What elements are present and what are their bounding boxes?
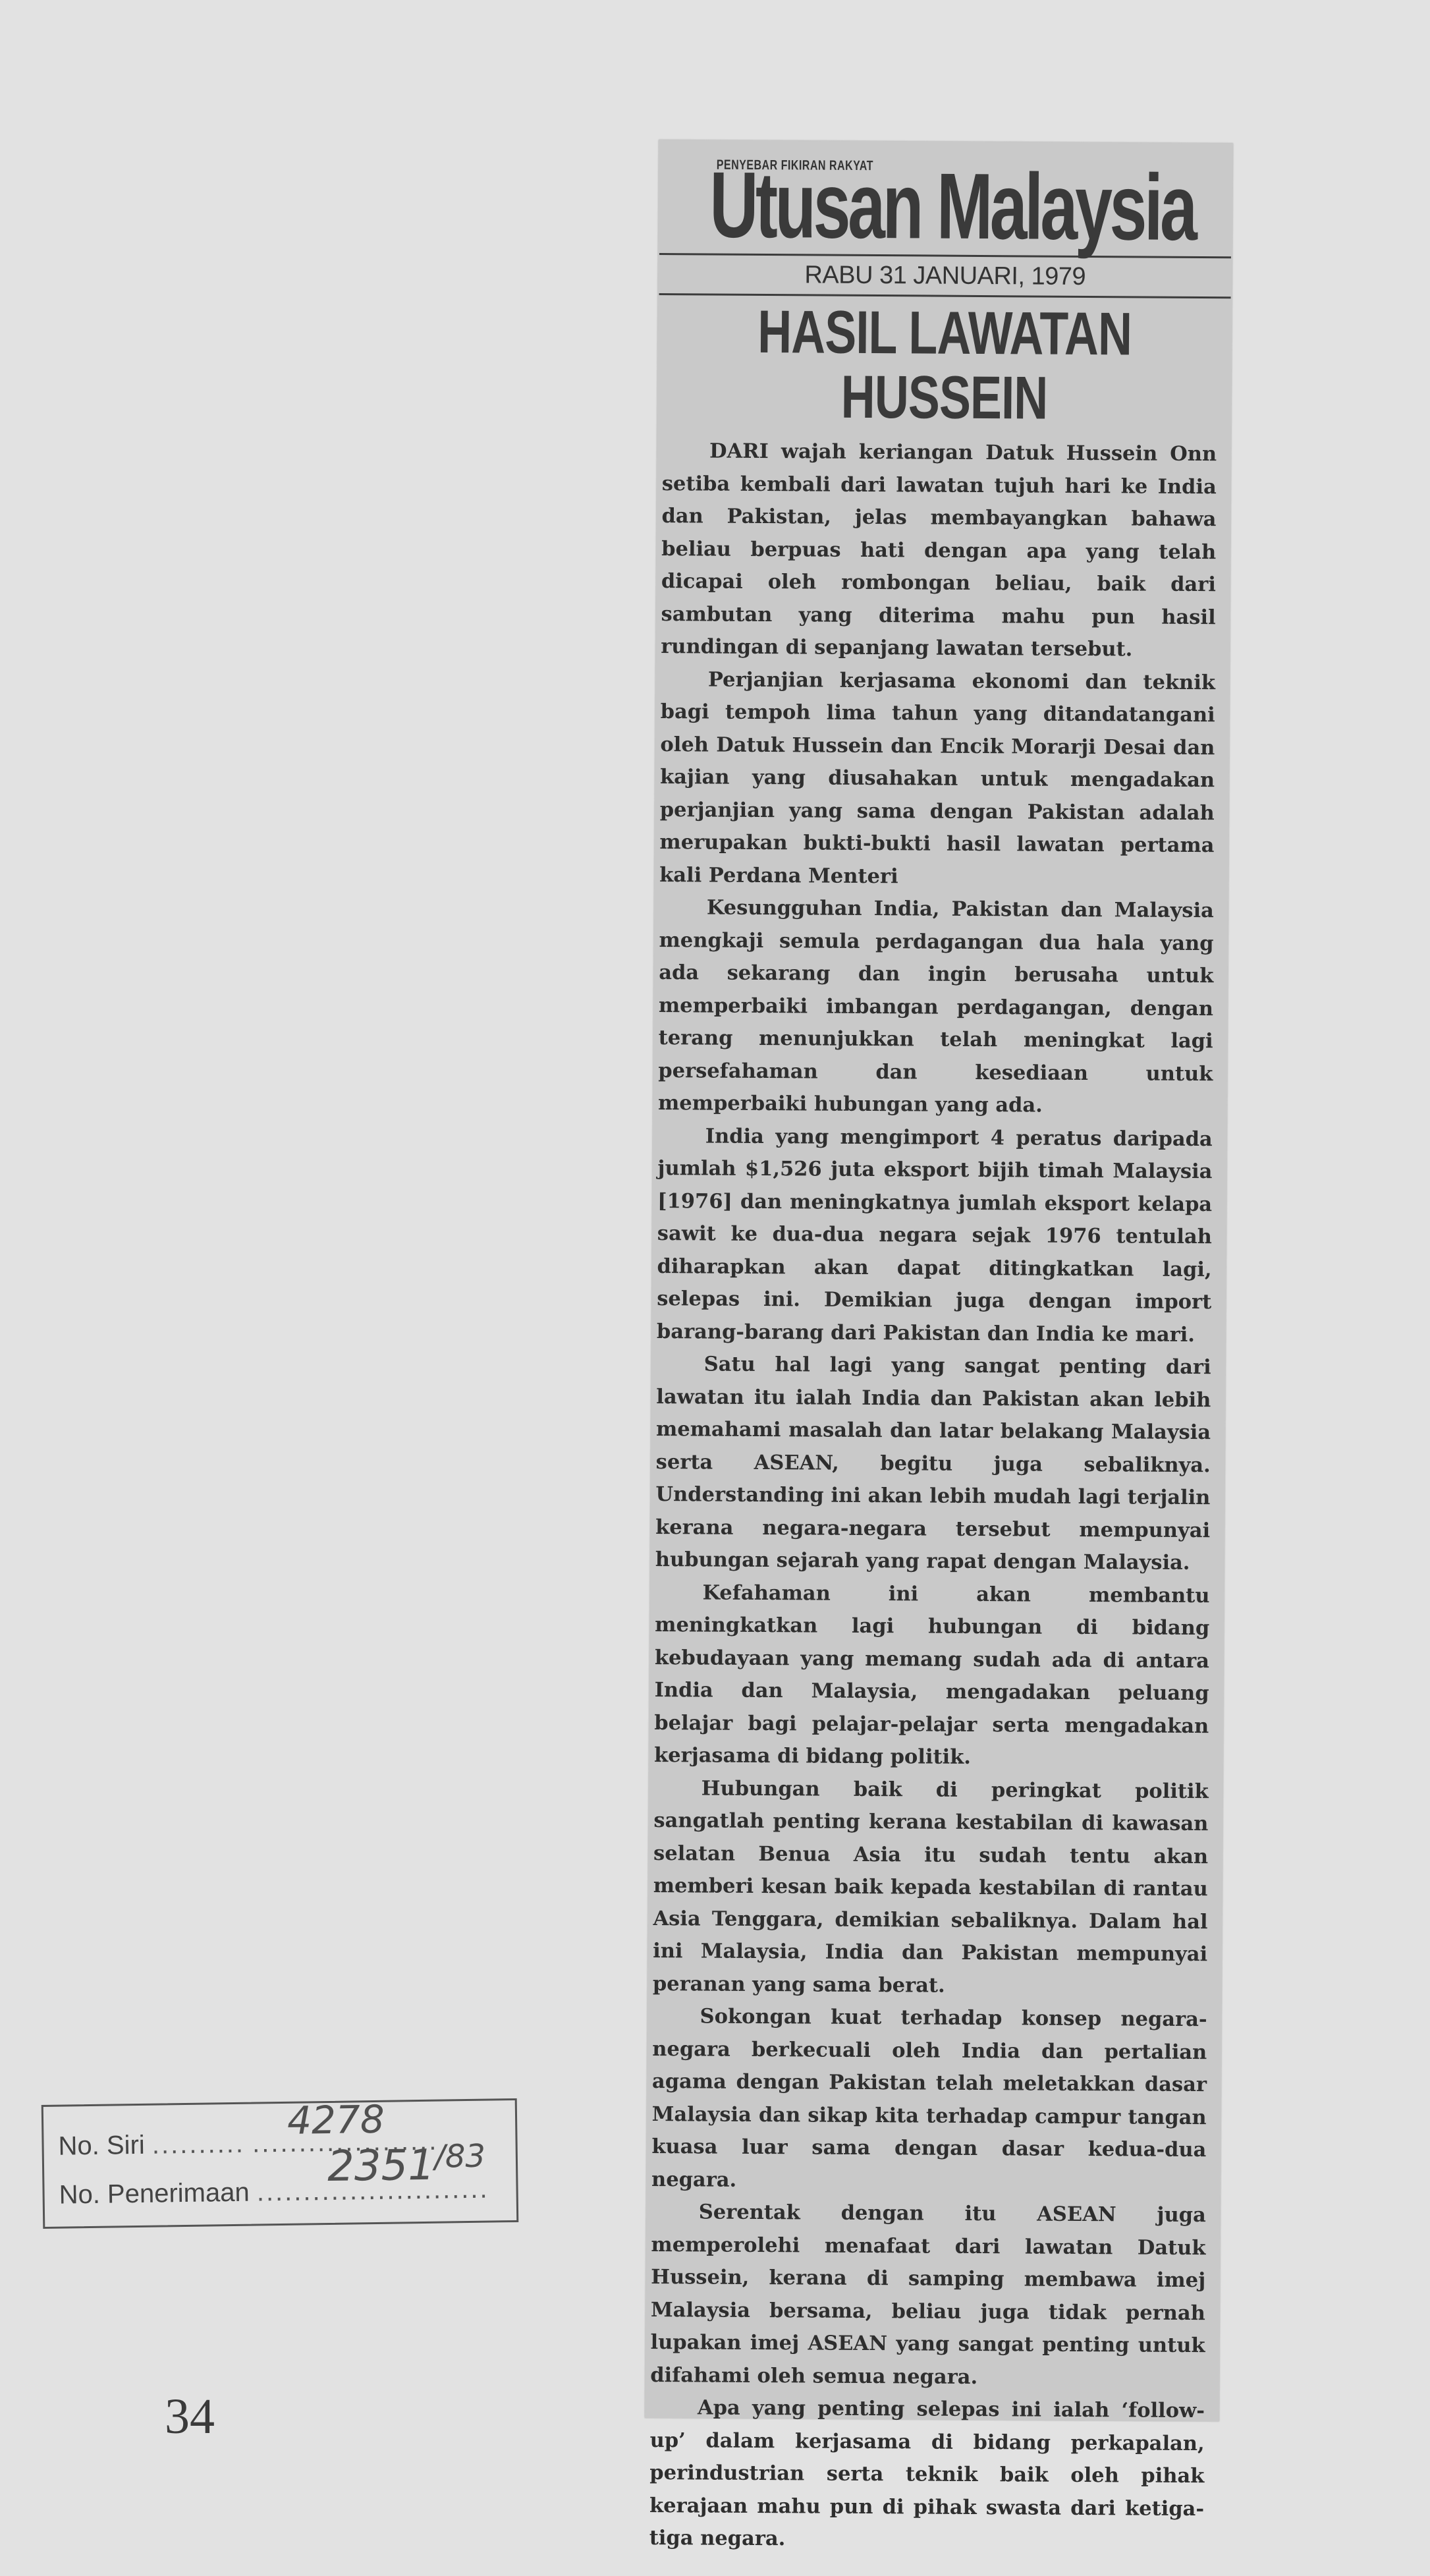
- newspaper-tagline: PENYEBAR FIKIRAN RAKYAT: [717, 158, 873, 175]
- article-paragraph: India yang mengimport 4 peratus daripada…: [657, 1120, 1213, 1352]
- siri-label: No. Siri: [58, 2131, 145, 2161]
- article-paragraph: Perjanjian kerjasama ekonomi dan teknik …: [659, 663, 1215, 895]
- penerimaan-year: /83: [434, 2138, 485, 2175]
- penerimaan-number: 2351: [327, 2141, 435, 2191]
- siri-handwritten-value: 4278: [287, 2097, 385, 2143]
- article-paragraph: Satu hal lagi yang sangat penting dari l…: [655, 1348, 1211, 1580]
- article-paragraph: Sokongan kuat terhadap konsep negara-neg…: [651, 2000, 1207, 2199]
- article-paragraph: Apa yang penting selepas ini ialah ‘foll…: [649, 2392, 1205, 2558]
- penerimaan-handwritten-value: 2351/83: [327, 2138, 486, 2191]
- article-paragraph: DARI wajah keriangan Datuk Hussein Onn s…: [661, 435, 1217, 667]
- article-body: DARI wajah keriangan Datuk Hussein Onn s…: [644, 435, 1232, 2558]
- penerimaan-label: No. Penerimaan: [59, 2178, 250, 2210]
- archive-stamp: No. Siri .......... ....................…: [41, 2098, 519, 2229]
- dateline: RABU 31 JANUARI, 1979: [658, 255, 1232, 296]
- article-paragraph: Hubungan baik di peringkat politik sanga…: [653, 1772, 1209, 2004]
- article-paragraph: Serentak dengan itu ASEAN juga memperole…: [650, 2196, 1206, 2395]
- article-paragraph: Kefahaman ini akan membantu meningkatkan…: [654, 1577, 1210, 1776]
- masthead: Utusan Malaysia PENYEBAR FIKIRAN RAKYAT: [658, 140, 1233, 256]
- headline-line-2: HUSSEIN: [720, 364, 1169, 432]
- newspaper-clipping: Utusan Malaysia PENYEBAR FIKIRAN RAKYAT …: [645, 140, 1233, 2421]
- page-number: 34: [165, 2388, 215, 2446]
- headline: HASIL LAWATAN HUSSEIN: [720, 300, 1169, 432]
- siri-dots: ..........: [152, 2129, 246, 2160]
- article-paragraph: Kesungguhan India, Pakistan dan Malaysia…: [658, 891, 1214, 1123]
- headline-line-1: HASIL LAWATAN: [721, 300, 1169, 367]
